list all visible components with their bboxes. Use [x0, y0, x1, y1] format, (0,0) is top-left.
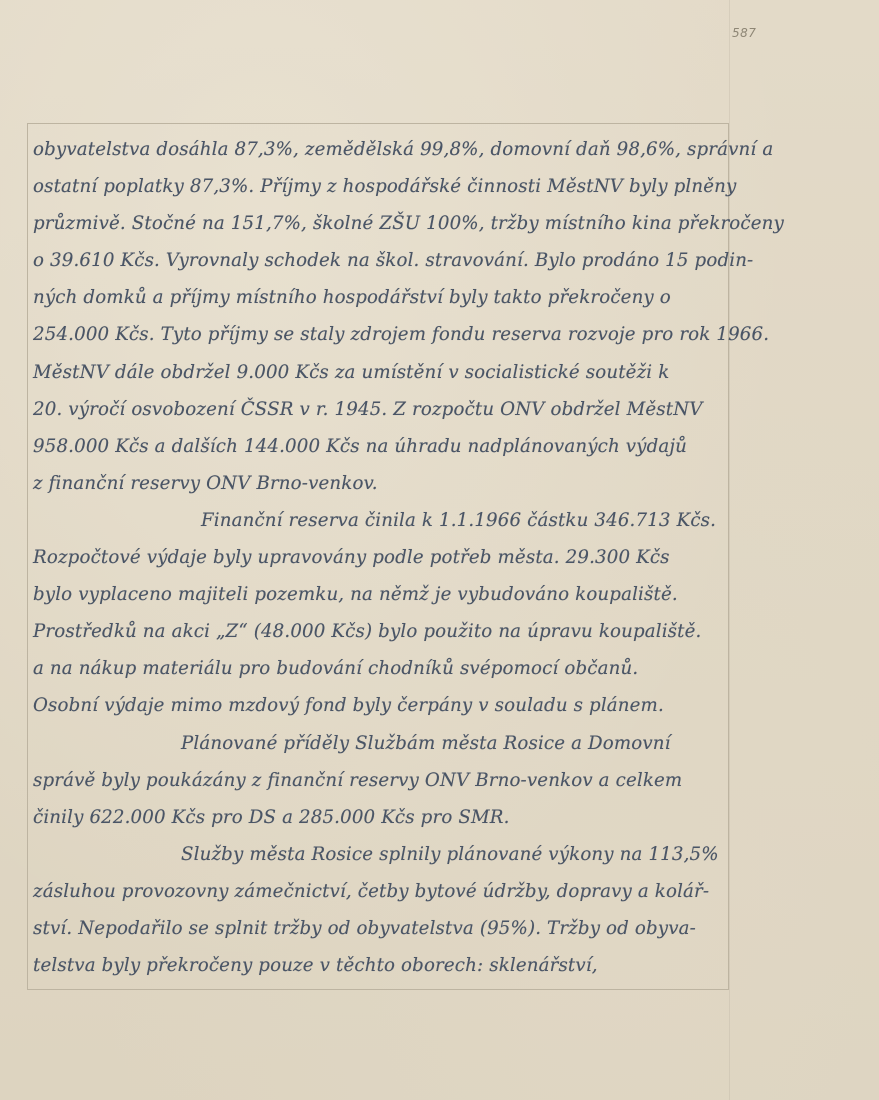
text-line: 20. výročí osvobození ČSSR v r. 1945. Z …	[33, 391, 723, 428]
text-line: činily 622.000 Kčs pro DS a 285.000 Kčs …	[33, 799, 723, 836]
text-line: MěstNV dále obdržel 9.000 Kčs za umístěn…	[33, 354, 723, 391]
page-fold-line	[729, 0, 730, 1100]
text-line: 254.000 Kčs. Tyto příjmy se staly zdroje…	[33, 316, 723, 353]
text-line: správě byly poukázány z finanční reservy…	[33, 762, 723, 799]
text-line: zásluhou provozovny zámečnictví, četby b…	[33, 873, 723, 910]
page-number: 587	[732, 26, 756, 40]
paragraph-start-line: Finanční reserva činila k 1.1.1966 částk…	[33, 502, 723, 539]
text-line: ství. Nepodařilo se splnit tržby od obyv…	[33, 910, 723, 947]
text-line: o 39.610 Kčs. Vyrovnaly schodek na škol.…	[33, 242, 723, 279]
text-line: 958.000 Kčs a dalších 144.000 Kčs na úhr…	[33, 428, 723, 465]
text-line: Osobní výdaje mimo mzdový fond byly čerp…	[33, 687, 723, 724]
text-line: bylo vyplaceno majiteli pozemku, na němž…	[33, 576, 723, 613]
paragraph-start-line: Služby města Rosice splnily plánované vý…	[33, 836, 723, 873]
text-line: a na nákup materiálu pro budování chodní…	[33, 650, 723, 687]
text-line: obyvatelstva dosáhla 87,3%, zemědělská 9…	[33, 131, 723, 168]
text-line: Rozpočtové výdaje byly upravovány podle …	[33, 539, 723, 576]
text-line: z finanční reservy ONV Brno-venkov.	[33, 465, 723, 502]
handwritten-text-block: obyvatelstva dosáhla 87,3%, zemědělská 9…	[33, 131, 723, 984]
text-line: průzmivě. Stočné na 151,7%, školné ZŠU 1…	[33, 205, 723, 242]
paragraph-start-line: Plánované příděly Službám města Rosice a…	[33, 725, 723, 762]
text-line: ných domků a příjmy místního hospodářstv…	[33, 279, 723, 316]
text-line: ostatní poplatky 87,3%. Příjmy z hospodá…	[33, 168, 723, 205]
text-line: telstva byly překročeny pouze v těchto o…	[33, 947, 723, 984]
text-line: Prostředků na akci „Z“ (48.000 Kčs) bylo…	[33, 613, 723, 650]
